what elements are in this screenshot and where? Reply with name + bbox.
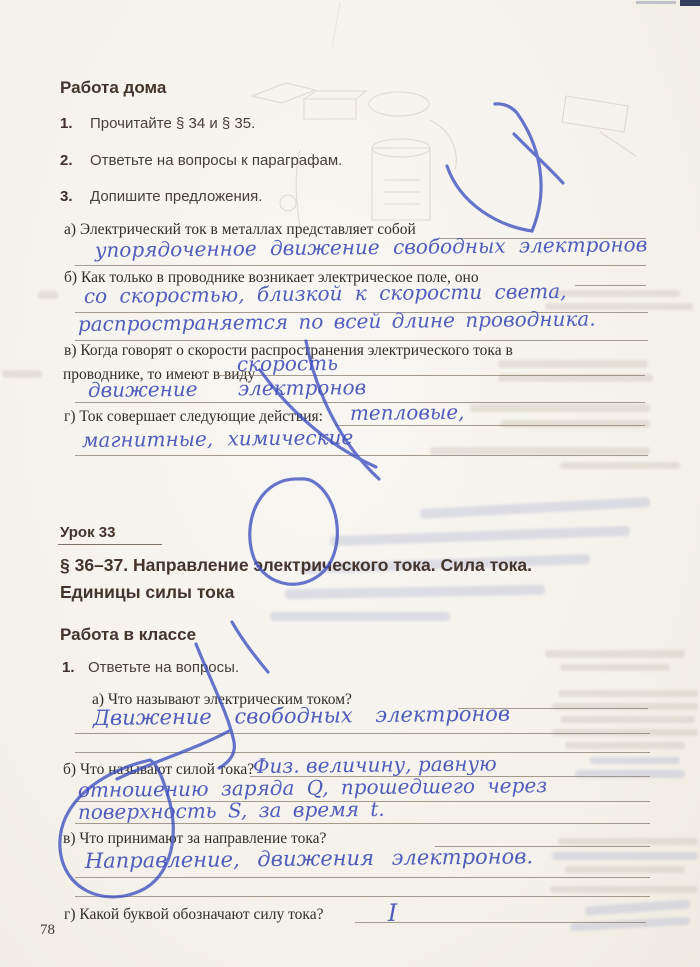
- lesson-label-underline: [58, 530, 162, 545]
- answer-blank-line: [75, 809, 650, 824]
- answer-blank-line: [75, 863, 650, 878]
- classwork-q-v-prompt: в) Что принимают за направление тока?: [63, 830, 326, 848]
- answer-blank-line: [75, 326, 648, 341]
- homework-item-3-text: Допишите предложения.: [90, 188, 262, 205]
- classwork-heading: Работа в классе: [60, 625, 196, 645]
- homework-item-1-text: Прочитайте § 34 и § 35.: [90, 115, 255, 132]
- homework-item-3-num: 3.: [60, 188, 73, 205]
- scan-edge-mark: [636, 1, 676, 4]
- answer-blank-line: [75, 251, 646, 266]
- answer-blank-line: [75, 719, 650, 734]
- page-number: 78: [40, 922, 55, 939]
- homework-item-2-text: Ответьте на вопросы к параграфам.: [90, 152, 342, 169]
- bleed-through-handwriting: [330, 526, 630, 546]
- bleed-through-line: [545, 650, 685, 658]
- bleed-through-line: [552, 290, 680, 297]
- blank-v-label: в): [64, 342, 76, 359]
- bleed-through-handwriting: [270, 612, 450, 621]
- homework-item-2-num: 2.: [60, 152, 73, 169]
- answer-blank-line: [75, 882, 650, 897]
- q-g-label: г): [64, 906, 76, 923]
- homework-blank-g-prompt: г) Ток совершает следующие действия:: [64, 408, 323, 426]
- section-title-line2: Единицы силы тока: [60, 582, 234, 603]
- classwork-item-num: 1.: [62, 659, 75, 676]
- q-b-label: б): [63, 761, 76, 778]
- blank-g-label: г): [64, 408, 76, 425]
- homework-heading: Работа дома: [60, 78, 166, 98]
- section-title-line1: § 36–37. Направление электрического тока…: [60, 555, 532, 576]
- classwork-item-text: Ответьте на вопросы.: [88, 659, 239, 676]
- bleed-through-line: [560, 462, 680, 469]
- blank-b-label: б): [64, 269, 77, 286]
- answer-blank-line: [355, 908, 646, 923]
- classwork-q-g-prompt: г) Какой буквой обозначают силу тока?: [64, 906, 323, 924]
- bleed-through-handwriting: [552, 852, 698, 860]
- answer-blank-line: [215, 361, 645, 376]
- answer-blank-line: [75, 738, 650, 753]
- q-v-label: в): [63, 830, 75, 847]
- bleed-through-handwriting: [420, 497, 650, 519]
- scan-edge-mark: [680, 0, 700, 6]
- homework-item-1-num: 1.: [60, 115, 73, 132]
- workbook-page: Работа дома 1. Прочитайте § 34 и § 35. 2…: [0, 0, 700, 967]
- answer-blank-line: [75, 441, 648, 456]
- answer-blank-line: [335, 411, 645, 426]
- bleed-through-handwriting: [285, 585, 545, 600]
- bleed-through-line: [38, 291, 58, 299]
- bleed-through-line: [560, 664, 670, 671]
- bleed-through-line: [2, 370, 42, 378]
- blank-a-label: а): [64, 221, 76, 238]
- answer-blank-line: [575, 271, 646, 286]
